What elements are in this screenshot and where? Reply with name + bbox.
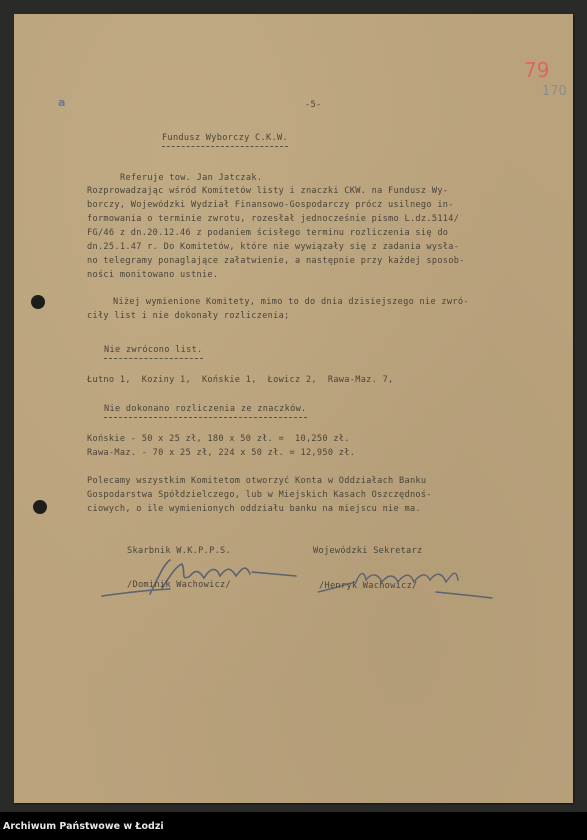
punch-hole-bottom bbox=[33, 500, 47, 514]
document-page: a 79 170 -5- Fundusz Wyborczy C.K.W. Ref… bbox=[14, 14, 573, 803]
paragraph-1-line: dn.25.1.47 r. Do Komitetów, które nie wy… bbox=[87, 241, 459, 254]
reporter-line: Referuje tow. Jan Jatczak. bbox=[120, 172, 262, 185]
paragraph-1-line: ności monitowano ustnie. bbox=[87, 269, 218, 282]
archive-footer-bar: Archiwum Państwowe w Łodzi bbox=[0, 812, 587, 840]
paragraph-1-line: formowania o terminie zwrotu, rozesłał j… bbox=[87, 213, 459, 226]
paragraph-2-line: Niżej wymienione Komitety, mimo to do dn… bbox=[113, 296, 469, 309]
document-title: Fundusz Wyborczy C.K.W. bbox=[162, 132, 288, 147]
settlement-line: Rawa-Maz. - 70 x 25 zł, 224 x 50 zł. = 1… bbox=[87, 447, 355, 460]
paragraph-1-line: borczy, Wojewódzki Wydział Finansowo-Gos… bbox=[87, 199, 454, 212]
archive-folio-number-grey: 170 bbox=[542, 84, 567, 99]
section-heading-lists-not-returned: Nie zwrócono list. bbox=[104, 344, 203, 359]
pencil-margin-mark: a bbox=[58, 96, 64, 124]
paragraph-1-line: Rozprowadzając wśród Komitetów listy i z… bbox=[87, 185, 448, 198]
section-heading-stamps-not-settled: Nie dokonano rozliczenia ze znaczków. bbox=[104, 403, 307, 418]
paragraph-3-line: Gospodarstwa Spółdzielczego, lub w Miejs… bbox=[87, 489, 432, 502]
paragraph-1-line: FG/46 z dn.20.12.46 z podaniem ścisłego … bbox=[87, 227, 448, 240]
paragraph-1-line: no telegramy ponaglające załatwienie, a … bbox=[87, 255, 465, 268]
signatory-name-left: /Dominik Wachowicz/ bbox=[127, 579, 231, 592]
paragraph-3-line: ciowych, o ile wymienionych oddziału ban… bbox=[87, 503, 421, 516]
punch-hole-top bbox=[31, 295, 45, 309]
lists-not-returned-line: Łutno 1, Koziny 1, Końskie 1, Łowicz 2, … bbox=[87, 374, 394, 387]
signatory-title-right: Wojewódzki Sekretarz bbox=[313, 545, 422, 558]
paragraph-2-line: ciły list i nie dokonały rozliczenia; bbox=[87, 310, 290, 323]
archive-folio-number-red: 79 bbox=[524, 58, 549, 82]
paragraph-3-line: Polecamy wszystkim Komitetom otworzyć Ko… bbox=[87, 475, 426, 488]
signatory-title-left: Skarbnik W.K.P.P.S. bbox=[127, 545, 231, 558]
signatory-name-right: /Henryk Wachowicz/ bbox=[319, 580, 418, 593]
page-number: -5- bbox=[305, 99, 321, 112]
archive-name: Archiwum Państwowe w Łodzi bbox=[3, 821, 164, 832]
settlement-line: Końskie - 50 x 25 zł, 180 x 50 zł. = 10,… bbox=[87, 433, 350, 446]
